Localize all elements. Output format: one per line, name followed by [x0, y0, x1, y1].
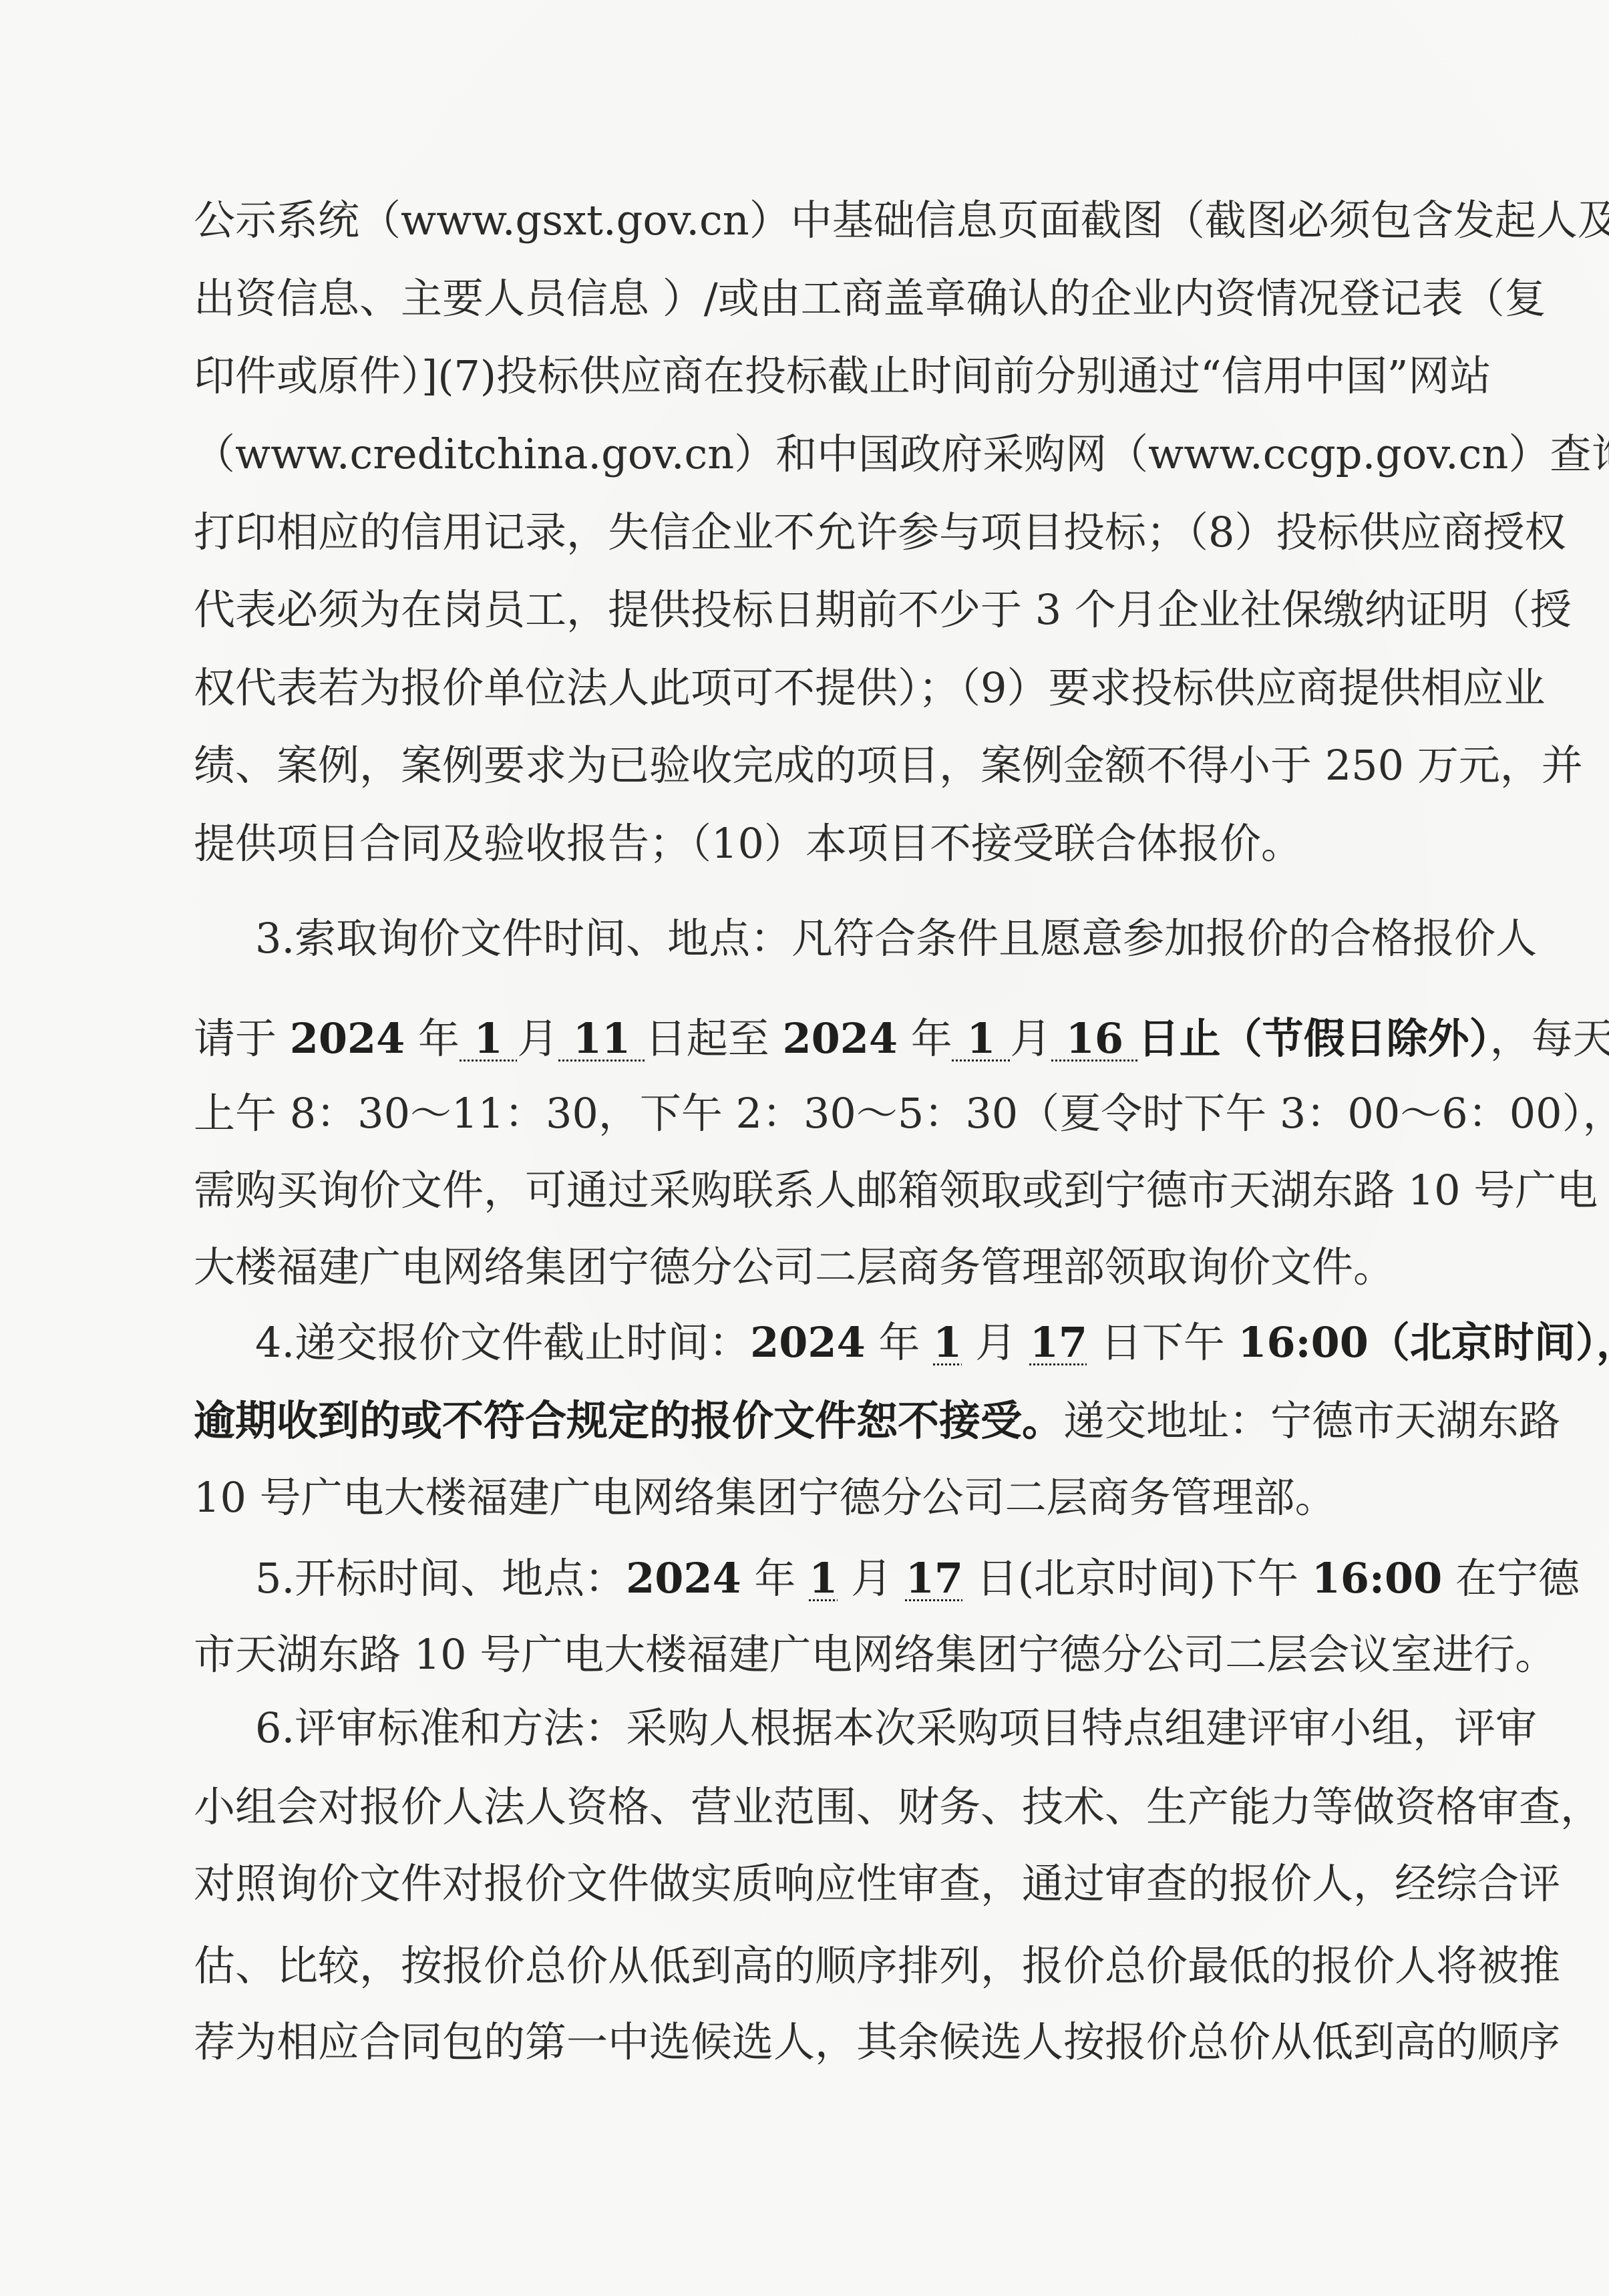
- deadline-line: 4.递交报价文件截止时间：2024 年 1 月 17 日下午 16:00（北京时…: [255, 1313, 1466, 1373]
- scanned-document-page: 公示系统（www.gsxt.gov.cn）中基础信息页面截图（截图必须包含发起人…: [0, 0, 1609, 2296]
- opening-time-line: 5.开标时间、地点：2024 年 1 月 17 日(北京时间)下午 16:00 …: [255, 1548, 1466, 1609]
- text-segment: 在宁德: [1442, 1554, 1580, 1603]
- text-line: 印件或原件）](7)投标供应商在投标截止时间前分别通过“信用中国”网站: [194, 346, 1466, 406]
- late-submission-warning: 逾期收到的或不符合规定的报价文件恕不接受。: [194, 1396, 1063, 1445]
- text-line: 公示系统（www.gsxt.gov.cn）中基础信息页面截图（截图必须包含发起人…: [194, 190, 1466, 251]
- text-segment: 日起至: [645, 1014, 783, 1063]
- day-value: 16: [1051, 1014, 1137, 1063]
- text-segment: 请于: [194, 1014, 290, 1063]
- month-value: 1: [460, 1014, 517, 1063]
- office-hours-line: 上午 8：30～11：30，下午 2：30～5：30（夏令时下午 3：00～6：…: [194, 1084, 1466, 1144]
- holiday-note: 日止（节假日除外）: [1138, 1014, 1490, 1063]
- text-segment: 5.开标时间、地点：: [255, 1554, 626, 1603]
- text-segment: 年: [741, 1554, 809, 1603]
- text-line: 出资信息、主要人员信息 ）/或由工商盖章确认的企业内资情况登记表（复: [194, 269, 1466, 329]
- text-segment: 年: [866, 1318, 933, 1367]
- text-segment: 月: [1010, 1014, 1051, 1063]
- time-value: 16:00（北京时间），: [1238, 1318, 1609, 1367]
- late-submission-line: 逾期收到的或不符合规定的报价文件恕不接受。递交地址：宁德市天湖东路: [194, 1391, 1466, 1451]
- text-line: 市天湖东路 10 号广电大楼福建广电网络集团宁德分公司二层会议室进行。: [194, 1625, 1466, 1685]
- time-value: 16:00: [1312, 1554, 1442, 1603]
- text-line: 估、比较，按报价总价从低到高的顺序排列，报价总价最低的报价人将被推: [194, 1936, 1466, 1996]
- text-line: 对照询价文件对报价文件做实质响应性审查，通过审查的报价人，经综合评: [194, 1854, 1466, 1914]
- text-line: 需购买询价文件，可通过采购联系人邮箱领取或到宁德市天湖东路 10 号广电: [194, 1160, 1466, 1220]
- text-segment: 递交地址：宁德市天湖东路: [1063, 1396, 1560, 1445]
- month-value: 1: [933, 1318, 962, 1367]
- text-segment: 月: [962, 1318, 1029, 1367]
- day-value: 17: [1030, 1318, 1087, 1367]
- day-value: 11: [558, 1014, 645, 1063]
- address-line: 10 号广电大楼福建广电网络集团宁德分公司二层商务管理部。: [194, 1468, 1466, 1528]
- text-segment: 4.递交报价文件截止时间：: [255, 1318, 750, 1367]
- year-value: 2024: [626, 1554, 741, 1603]
- date-range-line: 请于 2024 年 1 月 11 日起至 2024 年 1 月 16 日止（节假…: [194, 1009, 1466, 1069]
- day-value: 17: [906, 1554, 963, 1603]
- text-segment: 日下午: [1087, 1318, 1238, 1367]
- text-segment: 年: [898, 1014, 952, 1063]
- year-value: 2024: [783, 1014, 898, 1063]
- month-value: 1: [952, 1014, 1010, 1063]
- text-line: 大楼福建广电网络集团宁德分公司二层商务管理部领取询价文件。: [194, 1237, 1466, 1297]
- text-segment: 月: [838, 1554, 905, 1603]
- text-segment: 日(北京时间)下午: [963, 1554, 1312, 1603]
- text-line: 提供项目合同及验收报告；（10）本项目不接受联合体报价。: [194, 814, 1466, 874]
- text-segment: ，每天: [1490, 1014, 1609, 1063]
- month-value: 1: [809, 1554, 838, 1603]
- text-line: 代表必须为在岗员工，提供投标日期前不少于 3 个月企业社保缴纳证明（授: [194, 580, 1466, 640]
- year-value: 2024: [290, 1014, 405, 1063]
- text-line: 荐为相应合同包的第一中选候选人，其余候选人按报价总价从低到高的顺序: [194, 2012, 1466, 2072]
- paragraph-heading-line: 3.索取询价文件时间、地点：凡符合条件且愿意参加报价的合格报价人: [255, 909, 1466, 969]
- paragraph-heading-line: 6.评审标准和方法：采购人根据本次采购项目特点组建评审小组，评审: [255, 1698, 1466, 1758]
- text-segment: 月: [517, 1014, 558, 1063]
- text-line: 绩、案例，案例要求为已验收完成的项目，案例金额不得小于 250 万元，并: [194, 735, 1466, 796]
- text-line: （www.creditchina.gov.cn）和中国政府采购网（www.ccg…: [194, 424, 1466, 484]
- text-line: 打印相应的信用记录，失信企业不允许参与项目投标；（8）投标供应商授权: [194, 502, 1466, 562]
- text-line: 权代表若为报价单位法人此项可不提供）；（9）要求投标供应商提供相应业: [194, 658, 1466, 718]
- year-value: 2024: [750, 1318, 866, 1367]
- text-line: 小组会对报价人法人资格、营业范围、财务、技术、生产能力等做资格审查，: [194, 1777, 1466, 1837]
- text-segment: 年: [405, 1014, 460, 1063]
